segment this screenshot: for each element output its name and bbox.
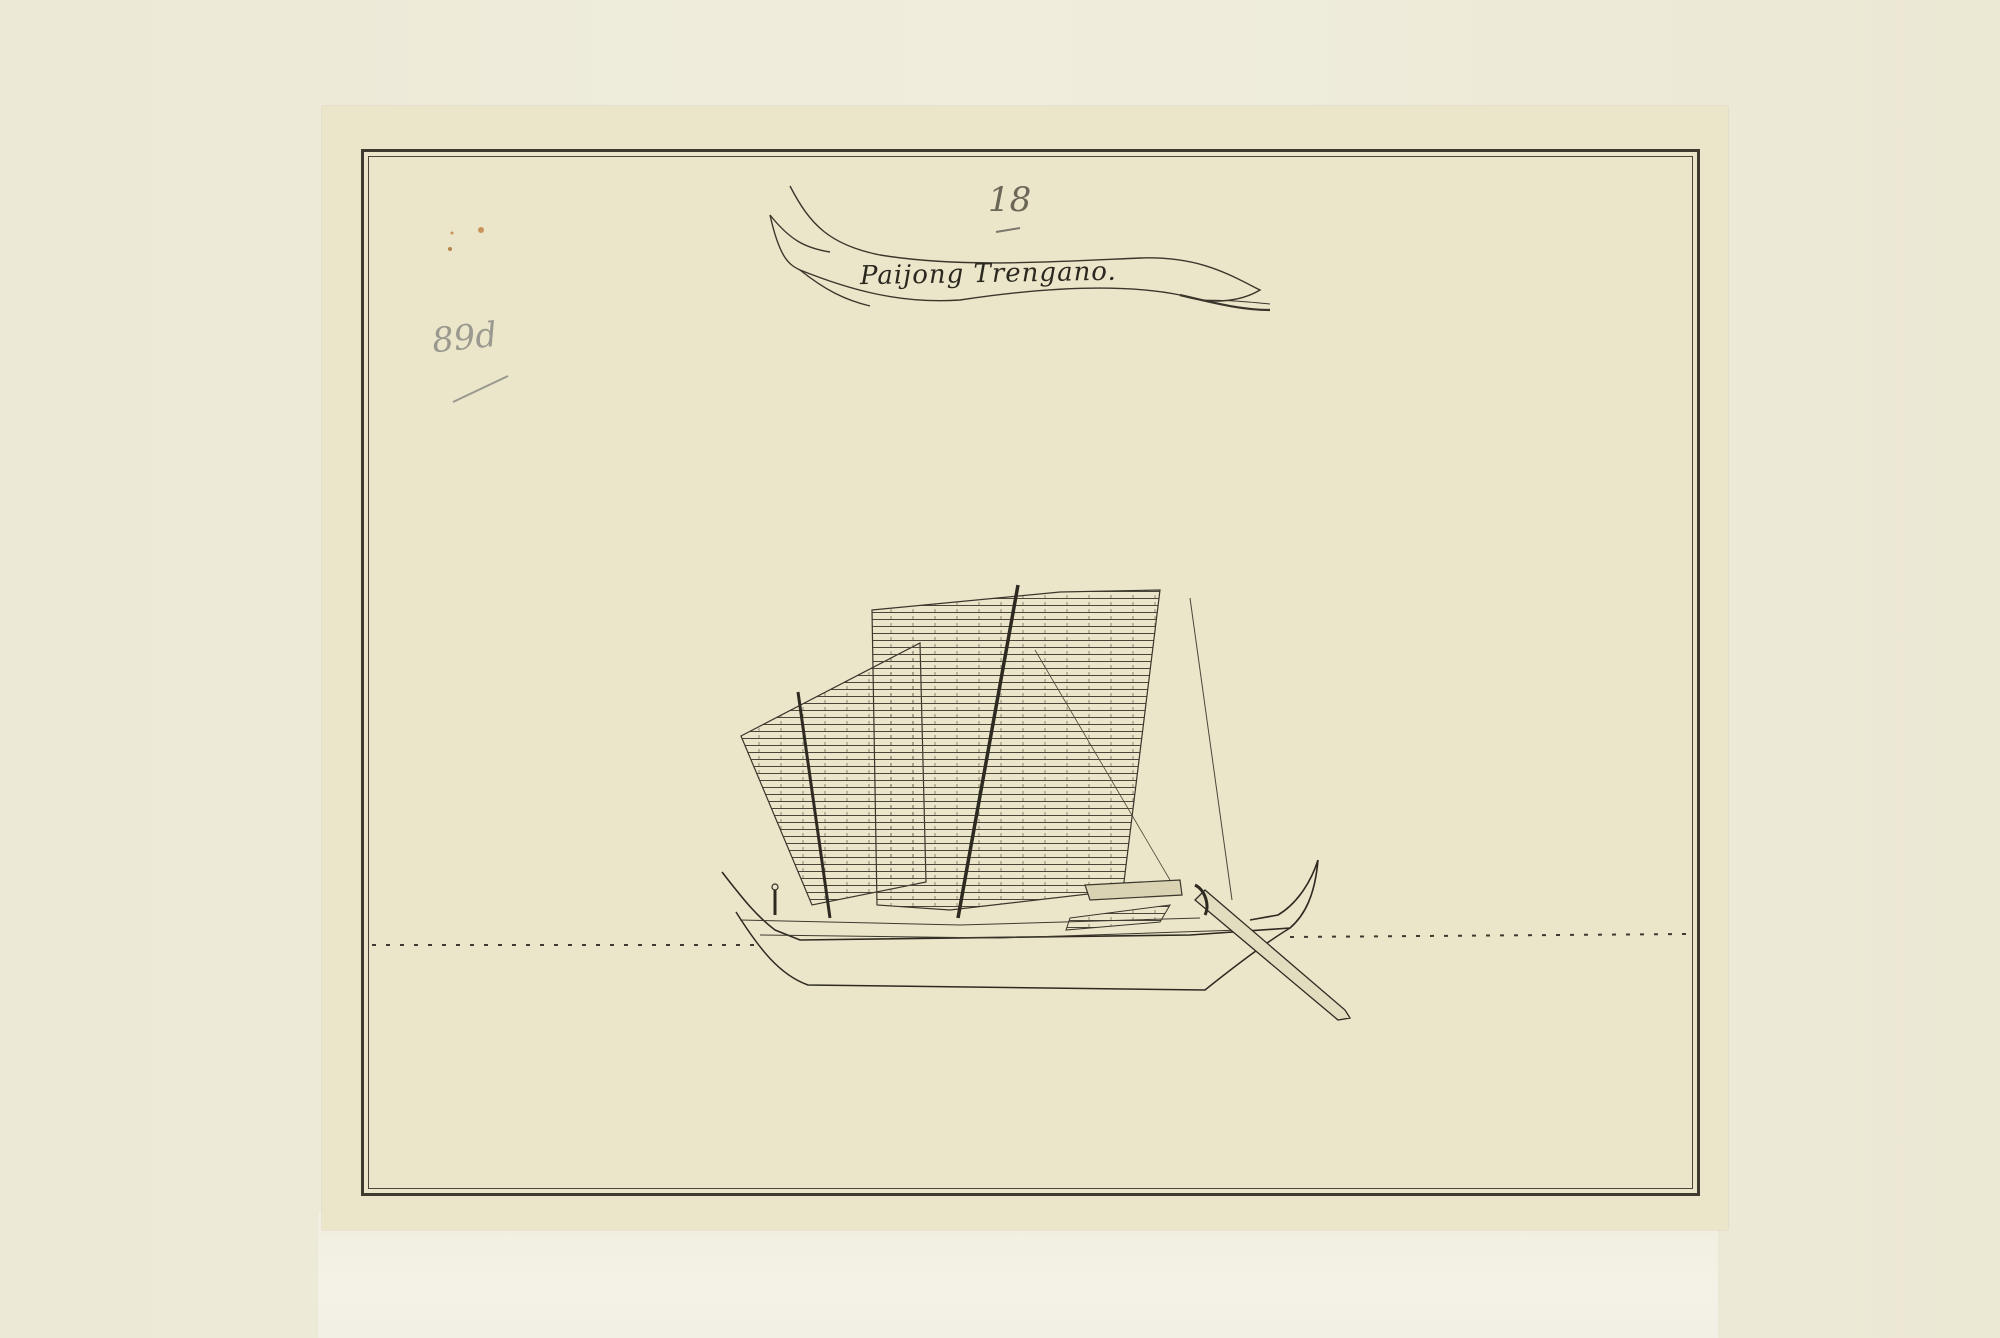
pencil-annotation: 89d [430,315,499,362]
title-banner-text: Paijong Trengano. [860,255,1220,291]
plate-number: 18 [988,180,1031,220]
